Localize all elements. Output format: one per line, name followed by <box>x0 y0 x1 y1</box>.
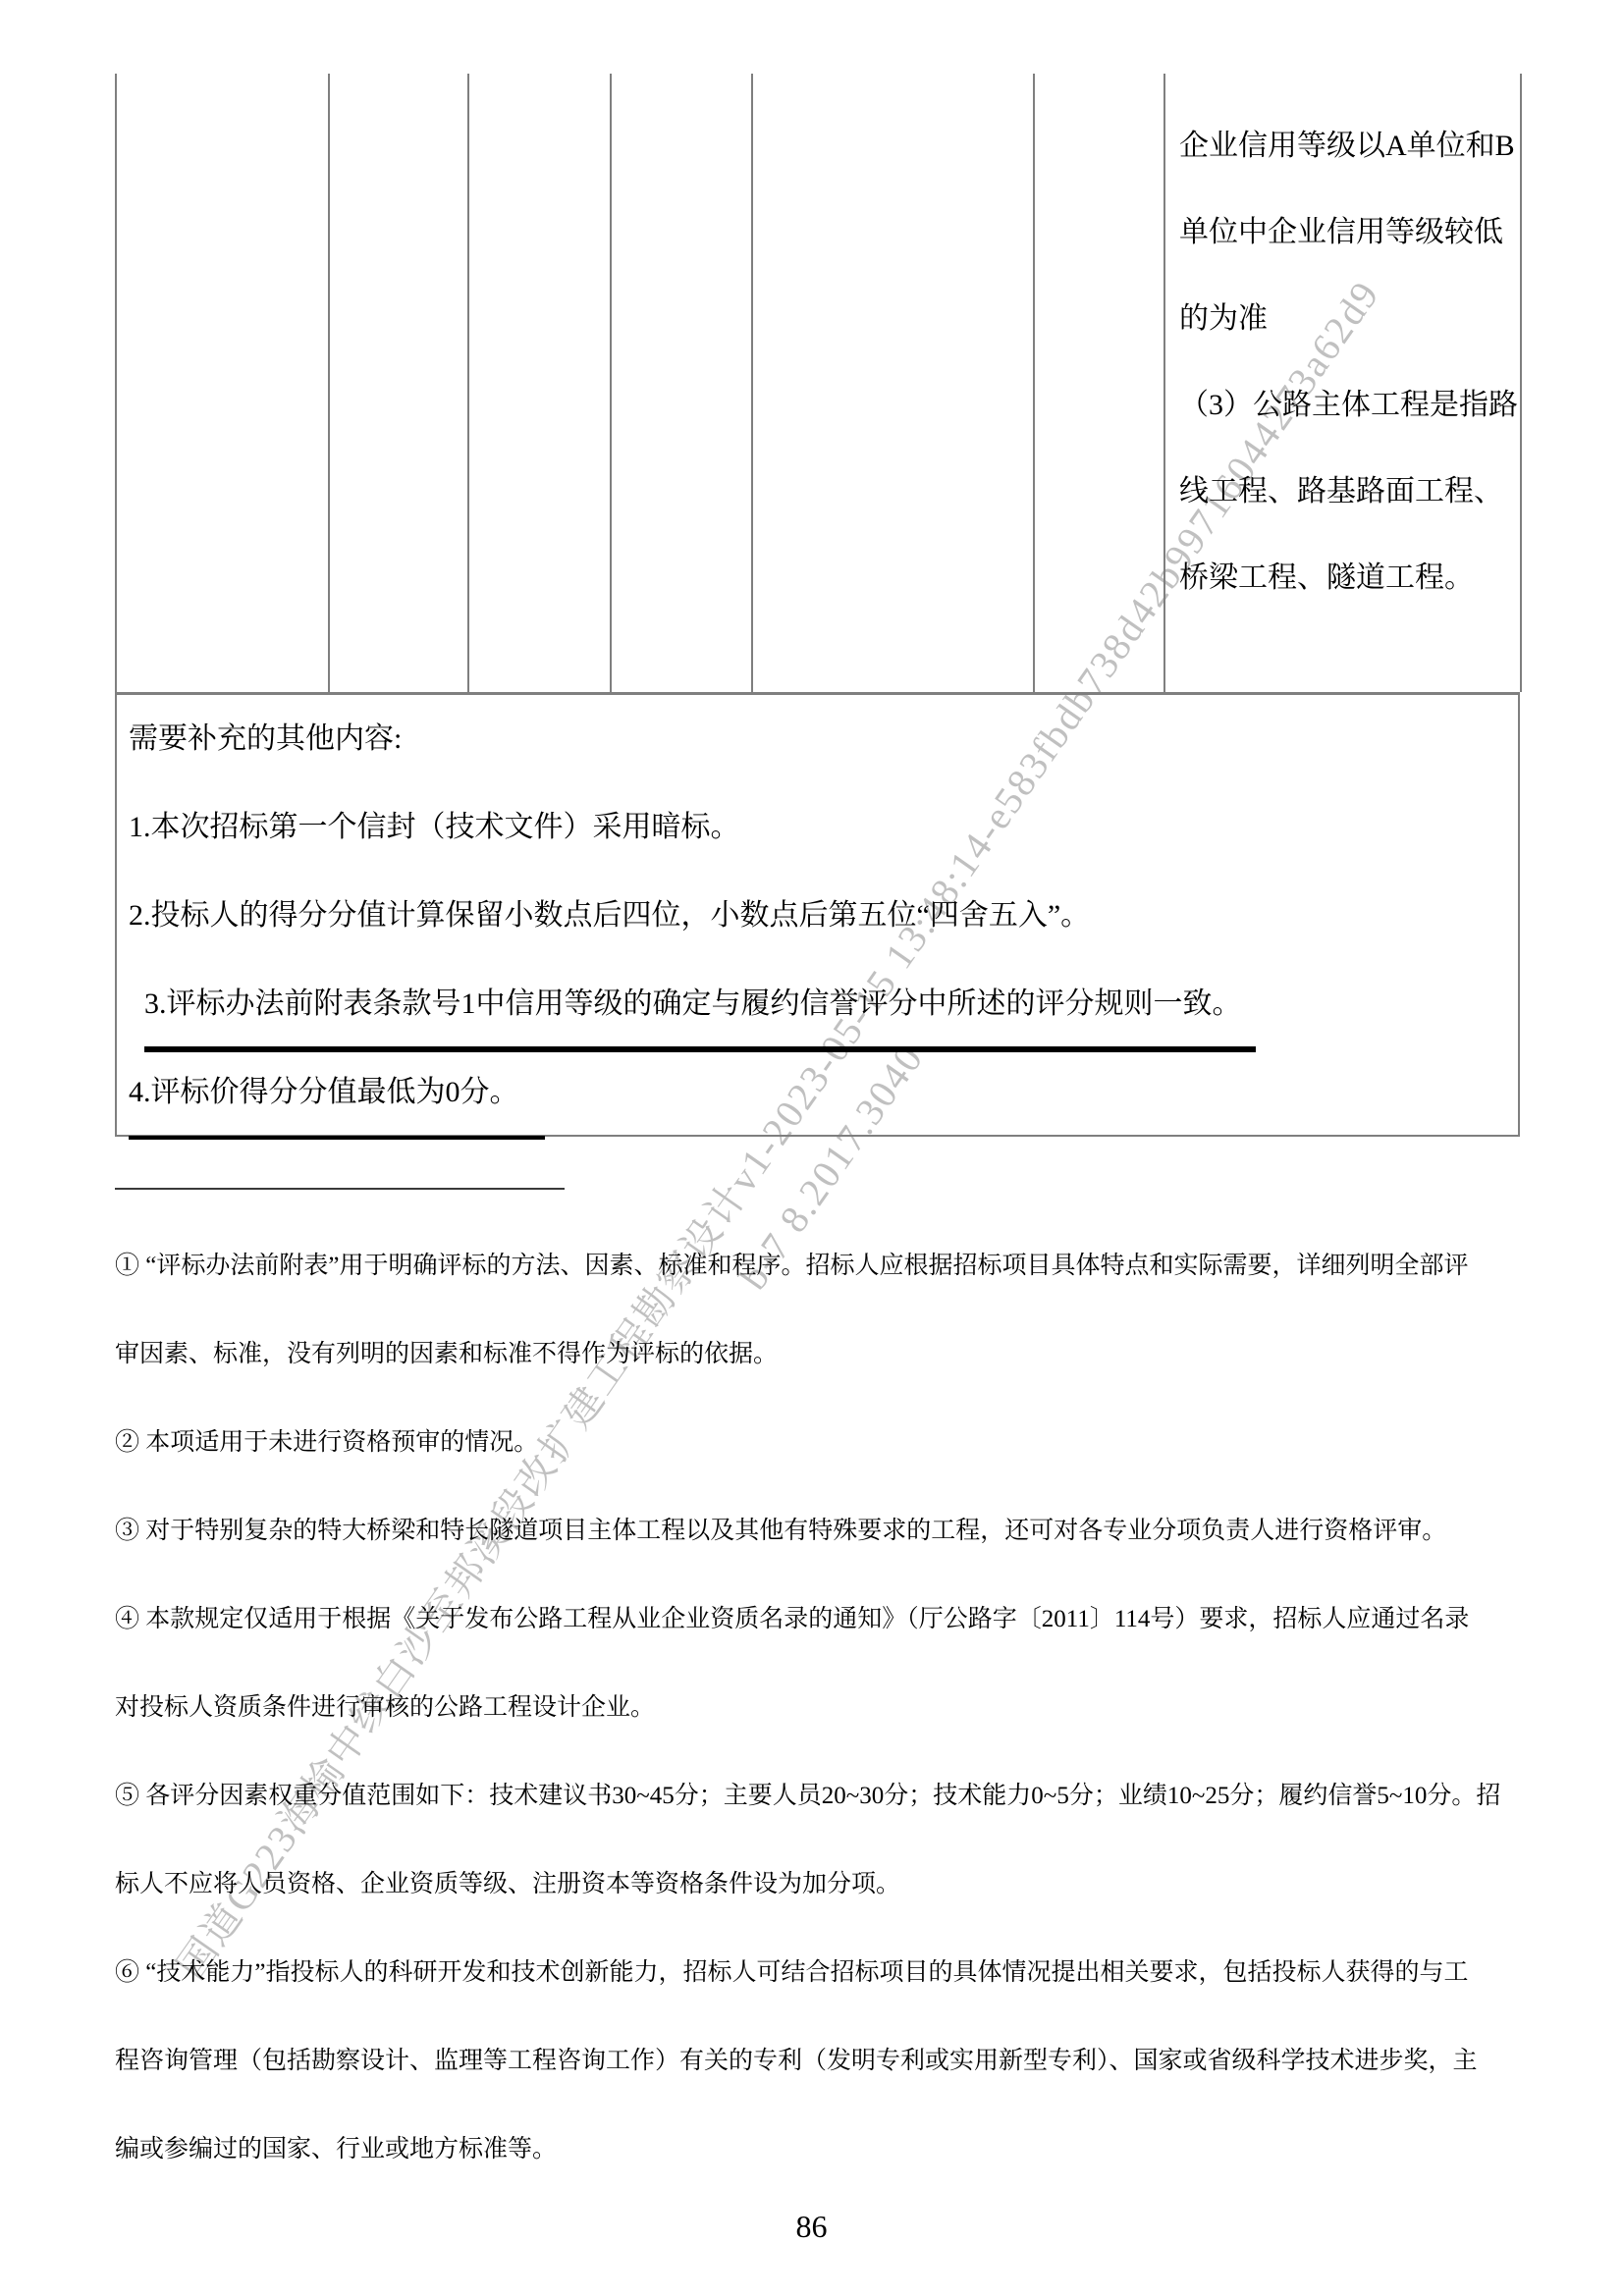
footnote-line: ⑥ “技术能力”指投标人的科研开发和技术创新能力，招标人可结合招标项目的具体情况… <box>115 1929 1520 2017</box>
footnote-line: ④ 本款规定仅适用于根据《关于发布公路工程从业企业资质名录的通知》（厅公路字〔2… <box>115 1575 1520 1664</box>
supplement-item-1: 1.本次招标第一个信封（技术文件）采用暗标。 <box>129 783 1518 872</box>
document-page: 国道G223海榆中线白沙至邦溪段改扩建工程勘察设计v1-2023-05-15 1… <box>0 0 1623 2296</box>
evaluation-table: 企业信用等级以A单位和B 单位中企业信用等级较低 的为准 （3）公路主体工程是指… <box>115 74 1522 692</box>
credit-note-line: 线工程、路基路面工程、 <box>1179 449 1510 535</box>
page-number: 86 <box>0 2207 1623 2246</box>
footnote-line: ② 本项适用于未进行资格预审的情况。 <box>115 1399 1520 1487</box>
table-cell-empty-1 <box>117 74 330 692</box>
supplement-item-3: 3.评标办法前附表条款号1中信用等级的确定与履约信誉评分中所述的评分规则一致。 <box>129 960 1518 1048</box>
footnote-line: 对投标人资质条件进行审核的公路工程设计企业。 <box>115 1664 1520 1752</box>
supplement-section: 需要补充的其他内容: 1.本次招标第一个信封（技术文件）采用暗标。 2.投标人的… <box>115 692 1520 1137</box>
table-cell-empty-2 <box>330 74 469 692</box>
footnotes: ① “评标办法前附表”用于明确评标的方法、因素、标准和程序。招标人应根据招标项目… <box>115 1222 1520 2194</box>
footnote-line: ⑤ 各评分因素权重分值范围如下：技术建议书30~45分；主要人员20~30分；技… <box>115 1752 1520 1841</box>
footnote-line: 程咨询管理（包括勘察设计、监理等工程咨询工作）有关的专利（发明专利或实用新型专利… <box>115 2017 1520 2106</box>
supplement-item-4-text: 4.评标价得分分值最低为0分。 <box>129 1051 545 1140</box>
table-cell-empty-6 <box>1035 74 1165 692</box>
table-cell-empty-4 <box>612 74 753 692</box>
table-cell-empty-3 <box>469 74 612 692</box>
supplement-item-3-text: 3.评标办法前附表条款号1中信用等级的确定与履约信誉评分中所述的评分规则一致。 <box>144 964 1256 1052</box>
table-cell-credit-rating-note: 企业信用等级以A单位和B 单位中企业信用等级较低 的为准 （3）公路主体工程是指… <box>1165 74 1522 692</box>
credit-note-line: 桥梁工程、隧道工程。 <box>1179 535 1510 621</box>
footnote-line: 标人不应将人员资格、企业资质等级、注册资本等资格条件设为加分项。 <box>115 1841 1520 1929</box>
supplement-item-4: 4.评标价得分分值最低为0分。 <box>129 1048 1518 1137</box>
supplement-heading: 需要补充的其他内容: <box>129 695 1518 783</box>
credit-note-line: 企业信用等级以A单位和B <box>1179 103 1510 189</box>
footnote-line: 编或参编过的国家、行业或地方标准等。 <box>115 2106 1520 2194</box>
credit-note-line: 的为准 <box>1179 276 1510 362</box>
credit-note-line: 单位中企业信用等级较低 <box>1179 189 1510 276</box>
footnote-separator <box>115 1188 565 1190</box>
supplement-item-2: 2.投标人的得分分值计算保留小数点后四位，小数点后第五位“四舍五入”。 <box>129 872 1518 960</box>
credit-note-line: （3）公路主体工程是指路 <box>1179 362 1510 449</box>
footnote-line: ③ 对于特别复杂的特大桥梁和特长隧道项目主体工程以及其他有特殊要求的工程，还可对… <box>115 1487 1520 1575</box>
footnote-line: 审因素、标准，没有列明的因素和标准不得作为评标的依据。 <box>115 1310 1520 1399</box>
footnote-line: ① “评标办法前附表”用于明确评标的方法、因素、标准和程序。招标人应根据招标项目… <box>115 1222 1520 1310</box>
table-cell-empty-5 <box>753 74 1035 692</box>
